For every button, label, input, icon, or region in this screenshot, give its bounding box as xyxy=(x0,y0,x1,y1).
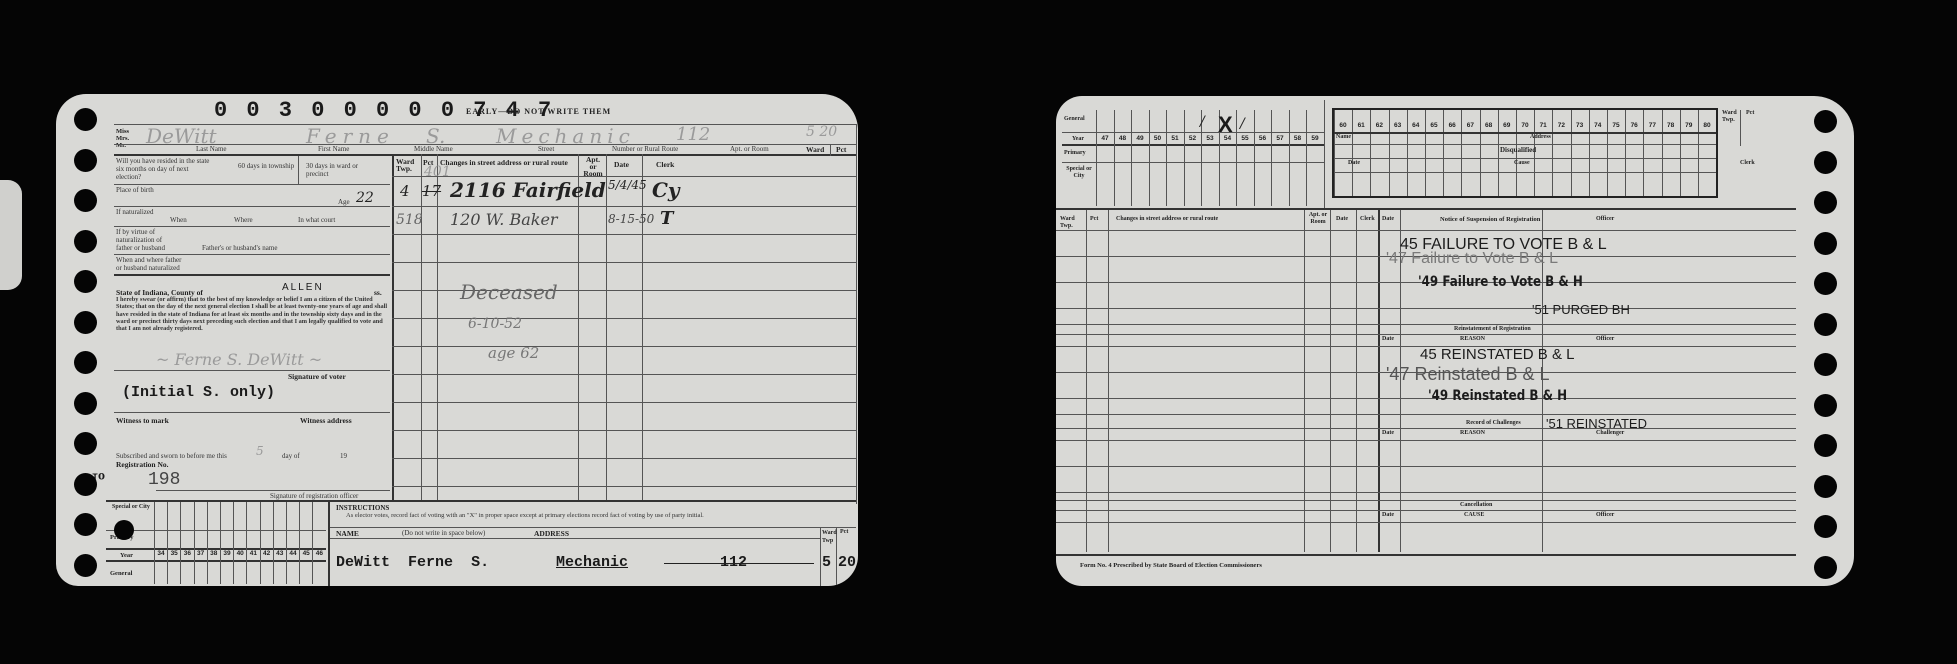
header-suspension: Notice of Suspension of Registration xyxy=(1440,216,1540,223)
row-label-general: General xyxy=(110,570,132,577)
label-pct-footer: Pct xyxy=(840,529,848,535)
header-ward-twp: Ward Twp. xyxy=(1060,216,1084,230)
year-cell: 78 xyxy=(1663,122,1679,129)
typed-name-line: DeWitt Ferne S. xyxy=(336,554,489,571)
year-cell: 39 xyxy=(221,550,233,557)
vote-mark-56: / xyxy=(1240,116,1245,132)
year-cell: 70 xyxy=(1517,122,1533,129)
year-cell: 60 xyxy=(1335,122,1351,129)
year-cell: 79 xyxy=(1681,122,1697,129)
label-subscribed: Subscribed and sworn to before me this xyxy=(116,452,227,460)
note-deceased: Deceased xyxy=(460,280,558,304)
header-changes: Changes in street address or rural route xyxy=(440,158,576,167)
stamp-49-reinstated: '49 Reinstated B & H xyxy=(1428,388,1567,404)
note-date: 6-10-52 xyxy=(468,316,522,332)
row2-clerk: T xyxy=(660,208,673,229)
stamp-45-reinstated: 45 REINSTATED B & L xyxy=(1420,346,1575,363)
typed-street: Mechanic xyxy=(556,554,628,571)
row2-address: 120 W. Baker xyxy=(450,210,558,229)
row1-pct: 17 xyxy=(422,182,441,200)
label-court: In what court xyxy=(298,216,335,224)
header-date: Date xyxy=(614,160,629,169)
year-cell: 62 xyxy=(1371,122,1387,129)
binder-hole xyxy=(1814,434,1837,457)
binder-hole xyxy=(74,554,97,577)
year-cell: 42 xyxy=(261,550,273,557)
binder-hole xyxy=(74,513,97,536)
binder-hole xyxy=(74,108,97,131)
binder-hole xyxy=(114,520,134,540)
binder-hole xyxy=(1814,475,1837,498)
vote-mark-52: / xyxy=(1200,114,1205,130)
label-witness-to-mark: Witness to mark xyxy=(116,416,169,425)
handwritten-ward-pct: 5 20 xyxy=(806,124,837,140)
binder-hole xyxy=(74,311,97,334)
question-resided: Will you have resided in the state six m… xyxy=(116,157,211,181)
year-cell: 66 xyxy=(1444,122,1460,129)
year-cell: 44 xyxy=(287,550,299,557)
header-ward-twp: Ward Twp. xyxy=(396,158,420,172)
year-cell: 72 xyxy=(1553,122,1569,129)
year-cell: 55 xyxy=(1237,135,1253,142)
label-signature-of-voter: Signature of voter xyxy=(288,372,346,381)
header-note: EARLY—DO NOT WRITE THEM xyxy=(466,107,611,116)
year-cell: 65 xyxy=(1426,122,1442,129)
label-place-of-birth: Place of birth xyxy=(116,186,156,194)
year-cell: 77 xyxy=(1644,122,1660,129)
binder-hole xyxy=(1814,191,1837,214)
label-registration-officer: Signature of registration officer xyxy=(270,492,358,500)
label-age: Age xyxy=(338,198,350,206)
year-cell: 61 xyxy=(1353,122,1369,129)
year-cell: 41 xyxy=(247,550,259,557)
year-cell: 53 xyxy=(1202,135,1218,142)
year-cell: 59 xyxy=(1307,135,1323,142)
registration-number: 198 xyxy=(148,470,180,490)
label-pct: Pct xyxy=(1746,110,1754,116)
year-cell: 74 xyxy=(1590,122,1606,129)
age-value: 22 xyxy=(356,190,374,206)
cancellation-title: Cancellation xyxy=(1460,502,1492,508)
label-ward-twp: Ward Twp. xyxy=(1722,110,1738,124)
cancellation-date: Date xyxy=(1382,512,1394,518)
label-registration-no: Registration No. xyxy=(116,460,169,469)
year-cell: 36 xyxy=(181,550,193,557)
label-apt: Apt. or Room xyxy=(730,145,769,153)
reinstatement-title: Reinstatement of Registration xyxy=(1454,326,1531,332)
label-disqualified: Disqualified xyxy=(1500,146,1536,154)
binder-hole xyxy=(1814,353,1837,376)
challenges-title: Record of Challenges xyxy=(1466,420,1521,426)
label-last-name: Last Name xyxy=(196,145,227,153)
year-cell: 80 xyxy=(1699,122,1715,129)
year-cell: 49 xyxy=(1132,135,1148,142)
row1-ward: 4 xyxy=(400,182,410,200)
binder-hole xyxy=(74,230,97,253)
label-fathers-name: Father's or husband's name xyxy=(202,244,277,252)
subscribed-day: 5 xyxy=(256,444,264,458)
row-label-special: Special or City xyxy=(112,504,150,511)
header-clerk: Clerk xyxy=(656,160,674,169)
voting-record-grid-left: Special or City Primary Year General 343… xyxy=(106,502,326,584)
stamp-51-purged: '51 PURGED BH xyxy=(1532,302,1630,317)
cancellation-cause: CAUSE xyxy=(1464,512,1484,518)
registration-card-back: General Year Primary Special or City 474… xyxy=(1056,96,1854,586)
binder-hole xyxy=(1814,515,1837,538)
label-where: Where xyxy=(234,216,253,224)
label-name: Name xyxy=(1336,134,1351,140)
binder-hole xyxy=(74,149,97,172)
note-age: age 62 xyxy=(488,344,539,362)
label-by-virtue: If by virtue of naturalization of father… xyxy=(116,228,180,252)
label-when: When xyxy=(170,216,187,224)
year-cell: 67 xyxy=(1462,122,1478,129)
extension-grid: 6061626364656667686970717273747576777879… xyxy=(1332,108,1718,198)
label-street: Street xyxy=(538,145,554,153)
handwritten-number: 112 xyxy=(676,124,710,145)
instructions-title: INSTRUCTIONS xyxy=(336,504,389,512)
year-cell: 37 xyxy=(195,550,207,557)
binder-hole xyxy=(1814,394,1837,417)
label-address: ADDRESS xyxy=(534,529,569,538)
year-cell: 76 xyxy=(1626,122,1642,129)
label-address: Address xyxy=(1530,134,1551,140)
year-cell: 68 xyxy=(1481,122,1497,129)
year-cell: 75 xyxy=(1608,122,1624,129)
label-pct: Pct xyxy=(836,145,846,154)
challenges-reason: REASON xyxy=(1460,430,1485,436)
row2-date: 8-15-50 xyxy=(608,212,654,226)
row1-address: 2116 Fairfield xyxy=(450,178,606,202)
header-pct: Pct xyxy=(1090,216,1098,222)
binder-hole xyxy=(74,473,97,496)
row-label-general: General xyxy=(1064,116,1085,122)
film-edge-tab xyxy=(0,180,22,290)
binder-hole xyxy=(1814,313,1837,336)
year-cell: 45 xyxy=(300,550,312,557)
header-officer: Officer xyxy=(1596,216,1614,222)
voting-record-grid-right: General Year Primary Special or City 474… xyxy=(1062,110,1324,206)
binder-hole xyxy=(1814,232,1837,255)
typed-ward: 5 xyxy=(822,554,831,571)
challenges-date: Date xyxy=(1382,430,1394,436)
binder-hole xyxy=(74,392,97,415)
label-when-where-naturalized: When and where father or husband natural… xyxy=(116,256,188,272)
row2-ward: 518 xyxy=(396,212,423,228)
label-name: NAME xyxy=(336,529,359,538)
year-cell: 47 xyxy=(1097,135,1113,142)
signature-note: (Initial S. only) xyxy=(122,384,275,401)
voter-signature-faint: ~ Ferne S. DeWitt ~ xyxy=(156,350,322,369)
year-cell: 56 xyxy=(1255,135,1271,142)
question-ward: 30 days in ward or precinct xyxy=(306,162,366,178)
row1-clerk: Cy xyxy=(652,178,680,202)
cancellation-officer: Officer xyxy=(1596,512,1614,518)
binder-hole xyxy=(1814,556,1837,579)
reinstatement-officer: Officer xyxy=(1596,336,1614,342)
binder-hole xyxy=(1814,272,1837,295)
header-suspension-date: Date xyxy=(1382,216,1394,222)
row-label-special: Special or City xyxy=(1066,166,1092,180)
reinstatement-reason: REASON xyxy=(1460,336,1485,342)
binder-hole xyxy=(74,351,97,374)
year-cell: 63 xyxy=(1390,122,1406,129)
row-label-year: Year xyxy=(1072,136,1084,142)
label-date: Date xyxy=(1348,160,1360,166)
question-township: 60 days in township xyxy=(238,162,298,170)
instructions-text: As elector votes, record fact of voting … xyxy=(346,512,706,519)
stamp-47-failure: '47 Failure to Vote B & L xyxy=(1386,250,1558,268)
year-cell: 51 xyxy=(1167,135,1183,142)
label-cause: Cause xyxy=(1514,160,1530,166)
label-ward-twp: Ward Twp xyxy=(822,529,836,545)
year-cell: 58 xyxy=(1290,135,1306,142)
binder-hole xyxy=(1814,151,1837,174)
row1-date: 5/4/45 xyxy=(608,178,647,192)
label-naturalized: If naturalized xyxy=(116,208,156,216)
typed-pct: 20 xyxy=(838,554,856,571)
label-clerk: Clerk xyxy=(1740,160,1755,166)
header-changes: Changes in street address or rural route xyxy=(1116,216,1218,222)
year-cell: 64 xyxy=(1408,122,1424,129)
year-cell: 52 xyxy=(1185,135,1201,142)
year-cell: 50 xyxy=(1150,135,1166,142)
label-first-name: First Name xyxy=(318,145,349,153)
header-apt: Apt. or Room xyxy=(582,156,604,177)
binder-hole xyxy=(1814,110,1837,133)
year-cell: 73 xyxy=(1572,122,1588,129)
year-cell: 40 xyxy=(234,550,246,557)
header-apt: Apt. or Room xyxy=(1308,212,1328,226)
year-cell: 34 xyxy=(155,550,167,557)
reinstatement-date: Date xyxy=(1382,336,1394,342)
label-day-of: day of xyxy=(282,452,300,460)
header-date: Date xyxy=(1336,216,1348,222)
year-cell: 71 xyxy=(1535,122,1551,129)
header-clerk: Clerk xyxy=(1360,216,1375,222)
row-label-year: Year xyxy=(120,552,133,559)
registration-card-front: 0 0 3 0 0 0 0 0 7 4 7 EARLY—DO NOT WRITE… xyxy=(56,94,858,586)
stamp-47-reinstated: '47 Reinstated B & L xyxy=(1386,364,1550,385)
label-witness-address: Witness address xyxy=(300,416,352,425)
label-middle-name: Middle Name xyxy=(414,145,453,153)
year-cell: 38 xyxy=(208,550,220,557)
county-value: ALLEN xyxy=(282,282,324,293)
year-cell: 57 xyxy=(1272,135,1288,142)
row-label-primary: Primary xyxy=(1064,150,1086,156)
binder-hole xyxy=(74,189,97,212)
oath-text: I hereby swear (or affirm) that to the b… xyxy=(116,296,388,332)
year-cell: 35 xyxy=(168,550,180,557)
salutation-labels: Miss Mrs. Mr. xyxy=(116,128,129,149)
vote-mark-54: X xyxy=(1218,112,1233,138)
year-cell: 69 xyxy=(1499,122,1515,129)
form-footer: Form No. 4 Prescribed by State Board of … xyxy=(1080,562,1262,569)
binder-hole xyxy=(74,270,97,293)
pct-above: 401 xyxy=(424,164,451,180)
binder-hole xyxy=(74,432,97,455)
label-do-not-write: (Do not write in space below) xyxy=(402,529,485,537)
year-cell: 48 xyxy=(1115,135,1131,142)
stamp-49-failure: '49 Failure to Vote B & H xyxy=(1418,274,1583,290)
label-number: Number or Rural Route xyxy=(612,145,678,153)
label-year-19: 19 xyxy=(340,452,347,460)
year-cell: 46 xyxy=(313,550,325,557)
label-ward: Ward xyxy=(806,145,824,154)
stamp-51-reinstated: '51 REINSTATED xyxy=(1546,416,1647,431)
year-cell: 43 xyxy=(274,550,286,557)
